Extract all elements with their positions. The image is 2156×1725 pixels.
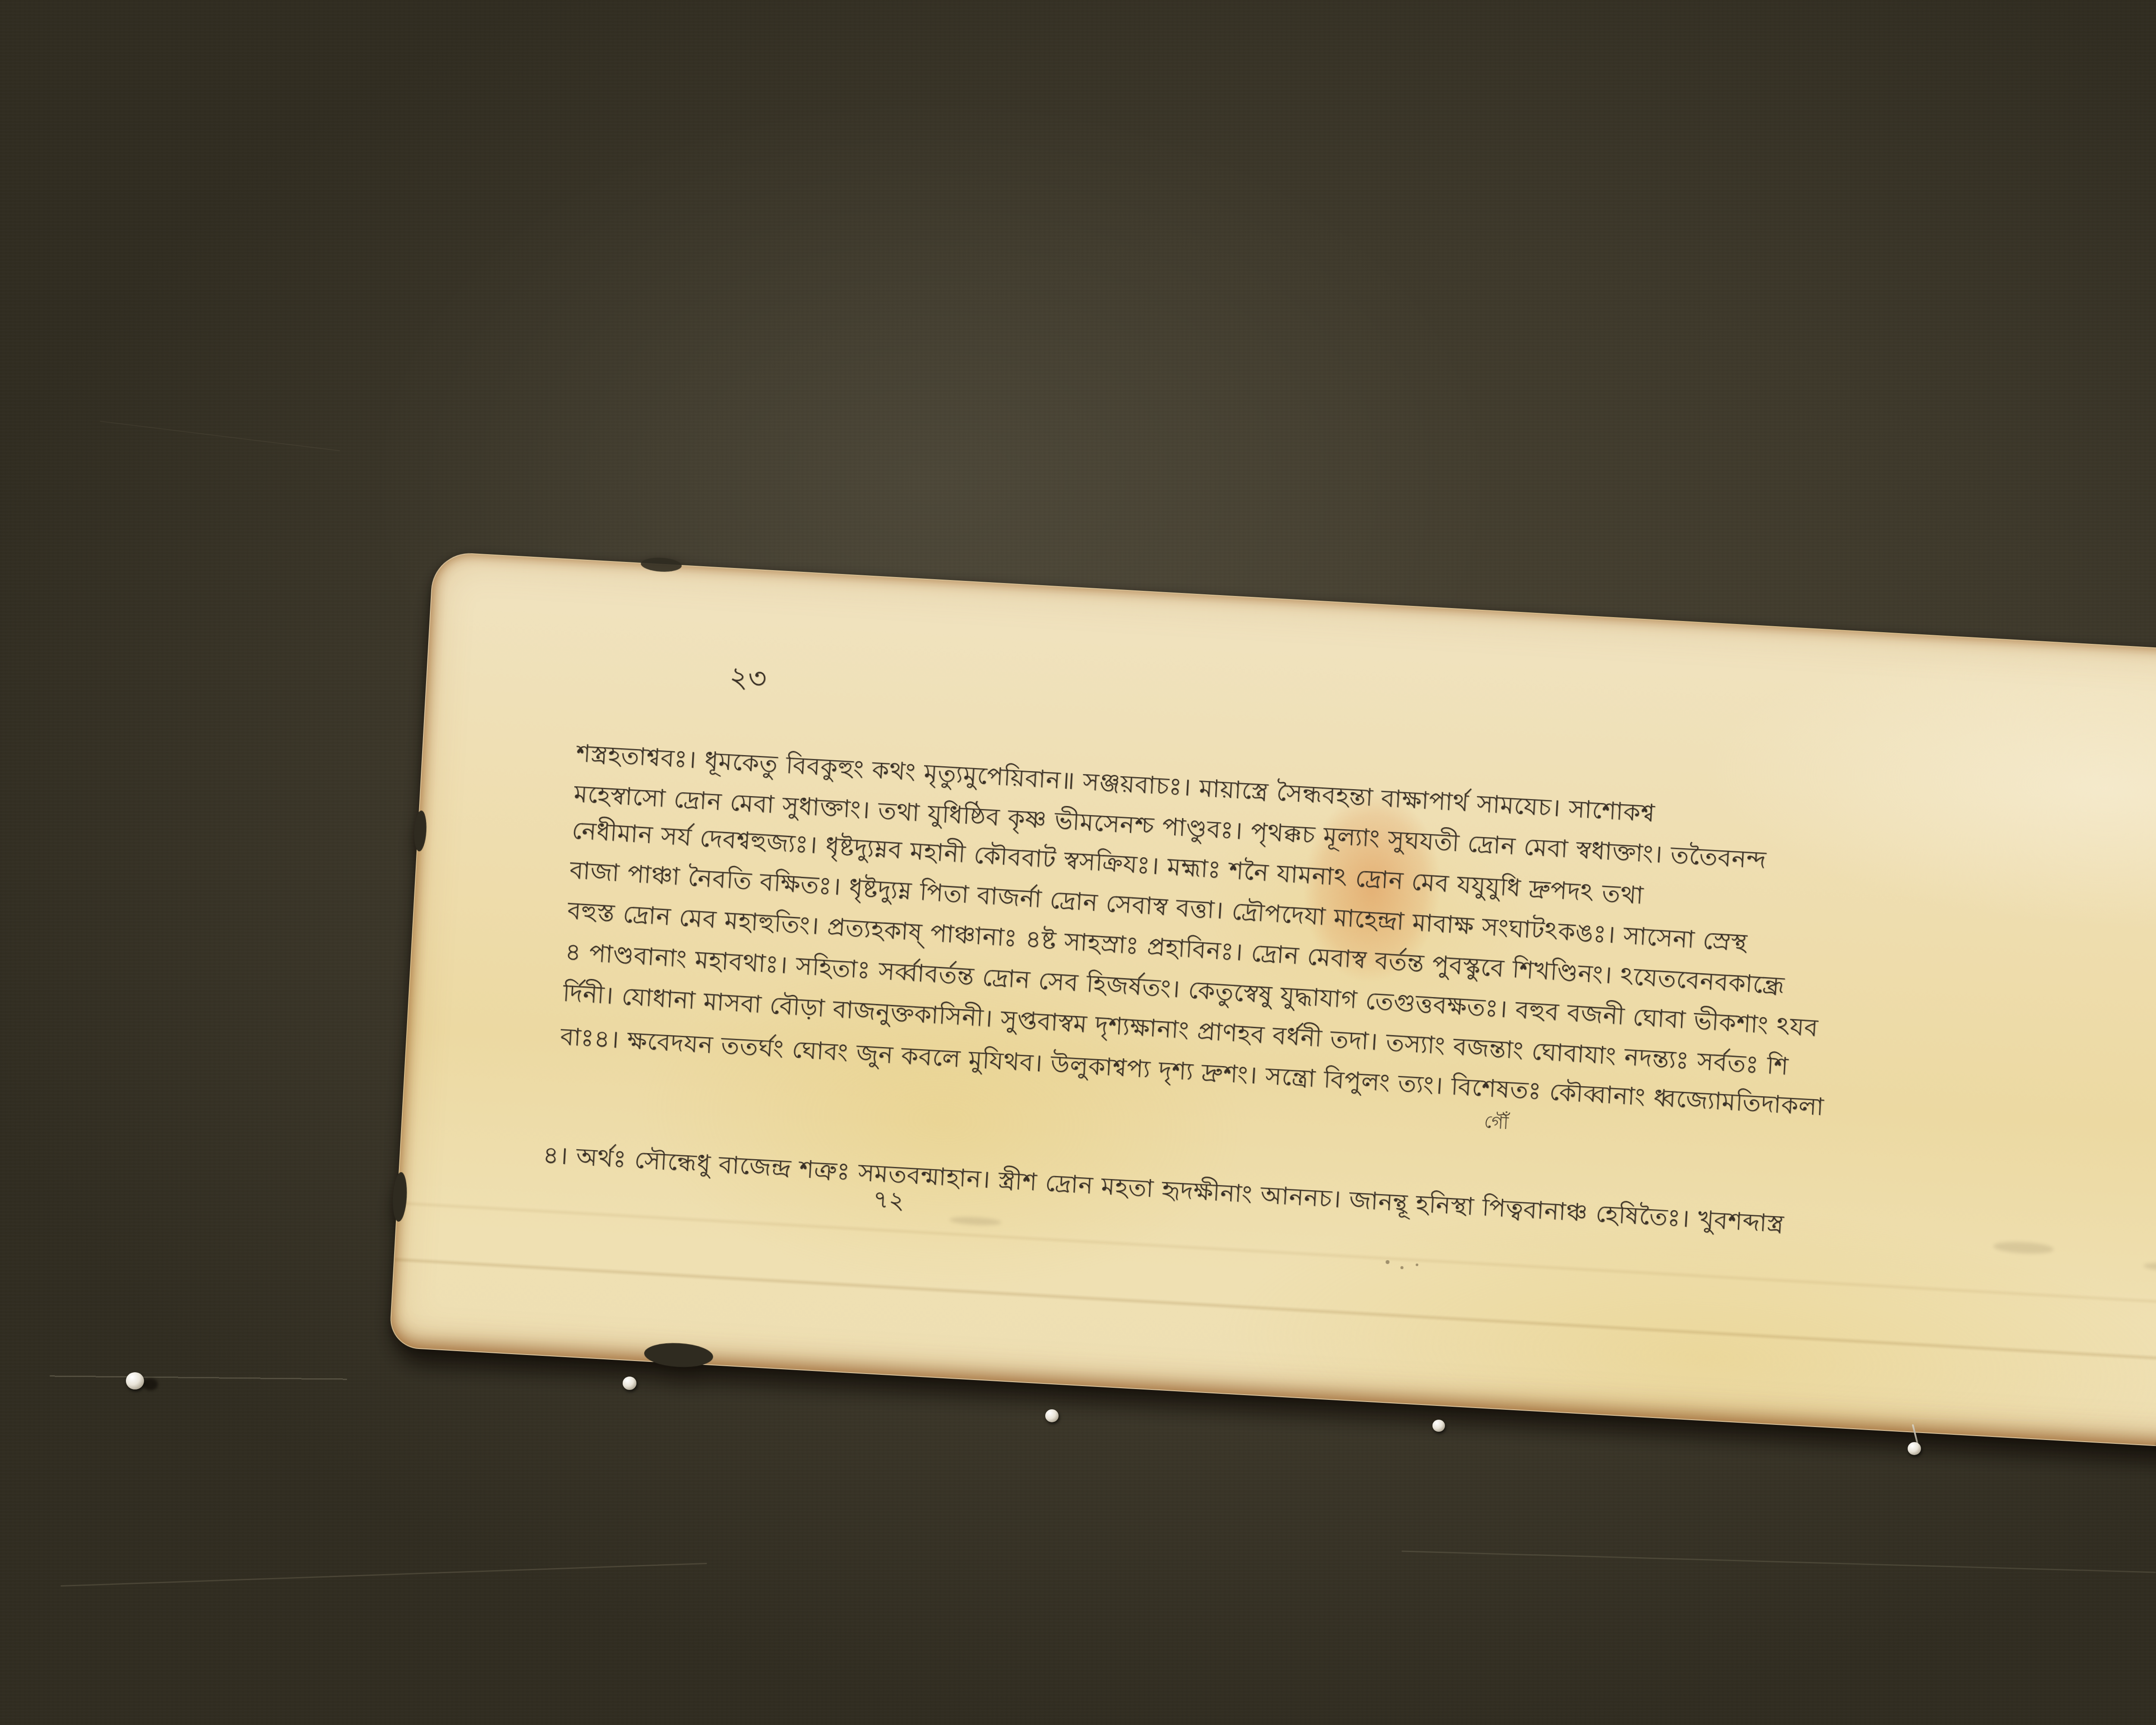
edge-pin	[1045, 1409, 1059, 1422]
edge-pin	[1432, 1420, 1445, 1432]
ink-speck	[1416, 1264, 1418, 1266]
torn-notch	[640, 557, 682, 573]
ink-smudge	[950, 1216, 1002, 1226]
text-line: ৪। অৰ্থঃ সৌন্ধেধু বাজেন্দ্ৰ শত্ৰুঃ সমতবন…	[542, 1137, 2042, 1258]
edge-pin	[623, 1377, 636, 1390]
board-pin	[126, 1372, 144, 1389]
torn-notch	[643, 1341, 714, 1369]
board-scratch	[1401, 1551, 2156, 1573]
board-scratch	[60, 1563, 707, 1587]
pin-shadow	[143, 1378, 158, 1390]
ink-speck	[1385, 1260, 1389, 1264]
folio-number-top: ২৩	[728, 655, 768, 705]
folio-number-bottom: ৭২	[872, 1180, 906, 1223]
manuscript-page: ২৩ শস্ত্রহতাশ্ববঃ। ধূমকেতু বিবকুহুং কথং …	[389, 551, 2156, 1456]
torn-notch	[392, 1172, 408, 1222]
edge-pin	[1908, 1442, 1921, 1455]
ink-smudge	[2143, 1261, 2156, 1275]
ink-speck	[1401, 1266, 1404, 1269]
interlinear-gloss: গৌঁ	[1483, 1107, 1509, 1139]
board-scratch	[100, 421, 340, 451]
torn-notch	[413, 810, 427, 852]
board-scratch	[50, 1375, 347, 1380]
backing-board: ২৩ শস্ত্রহতাশ্ববঃ। ধূমকেতু বিবকুহুং কথং …	[0, 0, 2156, 1725]
